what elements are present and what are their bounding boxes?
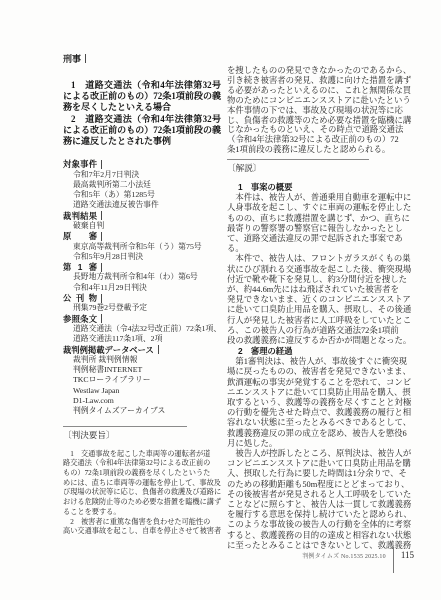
label-divider [101, 232, 102, 241]
case-info-label-row: 参照条文 [63, 314, 221, 324]
case-info-label: 参照条文 [63, 314, 97, 324]
text-line: 月に処した。 [227, 439, 424, 449]
case-info-value: 道路交通法違反被告事件 [63, 200, 221, 210]
headnote-title: 1 道路交通法（令和4年法律第32号による改正前のもの）72条1項前段の義務を尽… [63, 80, 221, 114]
text-line: 本件は、被告人が、普通乗用自動車を運転中に [227, 193, 424, 203]
case-info-values: 裁判所 裁判例情報判例秘書INTERNETTKCローライブラリーWestlaw … [63, 355, 221, 417]
text-line: ものの、直ちに救護措置を講じず、かつ、直ちに [227, 214, 424, 224]
headnote-title: 2 道路交通法（令和4年法律第32号による改正前のもの）72条1項前段の義務に違… [63, 114, 221, 148]
text-line: 1 交通事故を起こした車両等の運転者が道 [63, 450, 221, 460]
label-divider [85, 54, 86, 63]
commentary-section: 1 事案の概要 本件は、被告人が、普通乗用自動車を運転中に人身事故を起こし、すぐ… [227, 182, 424, 346]
right-column: を捜したものの発見できなかったのであるから、 引き続き被害者の発見、救護に向けた… [227, 66, 424, 551]
commentary-heading: 〔解説〕 [227, 163, 424, 174]
text-line: 状にひび割れる交通事故を起こした後、衝突現場 [227, 265, 424, 275]
text-line: 人身事故を起こし、すぐに車両の運転を停止した [227, 203, 424, 213]
case-info-label: 公刊物 [63, 293, 97, 303]
case-info-value: 東京高等裁判所令和5年（う）第75号 [63, 242, 221, 252]
case-info-entry: 裁判結果 破棄自判 [63, 211, 221, 232]
case-info-value: 長野地方裁判所令和4年（わ）第6号 [63, 272, 221, 282]
case-info-value: 令和5年9月28日判決 [63, 252, 221, 262]
case-info-entry: 公刊物 刑集79巻2号登載予定 [63, 293, 221, 314]
text-line: 2 被害者に重篤な傷害を負わせた可能性の [63, 518, 221, 528]
section-label: 刑事 [63, 52, 81, 65]
case-info-value: 道路交通法（令4法32号改正前）72条1項、 [63, 324, 221, 334]
holding-text-continuation: を捜したものの発見できなかったのであるから、 引き続き被害者の発見、救護に向けた… [227, 66, 424, 155]
case-info-values: 長野地方裁判所令和4年（わ）第6号令和4年11月29日判決 [63, 272, 221, 293]
text-line: 取するという、救護等の義務を尽くすことと対極 [227, 398, 424, 408]
case-info-block: 対象事件 令和7年2月7日判決最高裁判所第二小法廷令和5年（あ）第1285号道路… [63, 159, 221, 416]
case-info-values: 刑集79巻2号登載予定 [63, 303, 221, 313]
text-line: ニエンスストアに赴いて口臭防止用品を購入、摂 [227, 388, 424, 398]
text-line: おける危険防止等のため必要な措置を臨機に講ず [63, 498, 221, 508]
case-info-entry: 原審 東京高等裁判所令和5年（う）第75号令和5年9月28日判決 [63, 231, 221, 262]
page-footer: 判例タイムズ No.1535 2025.10 115 [227, 547, 424, 573]
text-line: このような事故後の被告人の行動を全体的に考察 [227, 520, 424, 530]
case-info-value: 道路交通法117条1項、2項 [63, 334, 221, 344]
page-number: 115 [401, 550, 414, 560]
holding-heading: 〔判決要旨〕 [63, 430, 221, 441]
journal-reference: 判例タイムズ No.1535 2025.10 [302, 551, 386, 560]
text-line: 最寄りの警察署の警察官に報告しなかったとし [227, 224, 424, 234]
commentary-section: 2 審理の経過 第1審判決は、被告人が、事故後すぐに衝突現場に戻ったものの、被害… [227, 346, 424, 551]
text-line: を捜したものの発見できなかったのであるから、 [227, 66, 424, 76]
text-line: 行人が発見した被害者に人工呼吸をしていたとこ [227, 316, 424, 326]
text-line: る必要があったといえるのに、これと無関係な買 [227, 86, 424, 96]
text-line: 段の救護義務に違反するか否かが問題となった。 [227, 336, 424, 346]
text-line: に赴いて口臭防止用品を購入、摂取し、その後通 [227, 305, 424, 315]
text-line: の行動を優先させた時点で、救護義務の履行と相 [227, 408, 424, 418]
text-line: を履行する意思を保持し続けていたと認められ、 [227, 510, 424, 520]
case-info-label: 対象事件 [63, 159, 97, 169]
text-line: 路交通法（令和4年法律第32号による改正前の [63, 459, 221, 469]
case-info-entry: 第1審 長野地方裁判所令和4年（わ）第6号令和4年11月29日判決 [63, 262, 221, 293]
case-info-value: 判例秘書INTERNET [63, 365, 221, 375]
case-info-value: 最高裁判所第二小法廷 [63, 180, 221, 190]
case-info-value: 破棄自判 [63, 221, 221, 231]
case-info-label-row: 公刊物 [63, 293, 221, 303]
case-info-values: 令和7年2月7日判決最高裁判所第二小法廷令和5年（あ）第1285号道路交通法違反… [63, 170, 221, 211]
case-info-value: 令和4年11月29日判決 [63, 283, 221, 293]
case-info-values: 道路交通法（令4法32号改正前）72条1項、道路交通法117条1項、2項 [63, 324, 221, 345]
text-line: 第1審判決は、被告人が、事故後すぐに衝突現 [227, 357, 424, 367]
label-divider [101, 211, 102, 220]
text-line: 被告人が控訴したところ、原判決は、被告人が [227, 449, 424, 459]
text-line: じ、負傷者の救護等のため必要な措置を臨機に講 [227, 116, 424, 126]
footer-divider [393, 547, 394, 573]
text-line: もの）72条1項前段の義務を尽くしたというた [63, 469, 221, 479]
commentary-sections: 1 事案の概要 本件は、被告人が、普通乗用自動車を運転中に人身事故を起こし、すぐ… [227, 182, 424, 551]
commentary-section-text: 本件は、被告人が、普通乗用自動車を運転中に人身事故を起こし、すぐに車両の運転を停… [227, 193, 424, 346]
case-info-label: 第1審 [63, 262, 97, 272]
case-info-value: 裁判所 裁判例情報 [63, 355, 221, 365]
text-line: ろ、この被告人の行為が道路交通法72条1項前 [227, 326, 424, 336]
text-line: その後被害者が発見されると人工呼吸をしていた [227, 490, 424, 500]
text-line: が、約44.6m先にはね飛ばされていた被害者を [227, 285, 424, 295]
section-rule [227, 159, 369, 160]
case-info-label-row: 対象事件 [63, 159, 221, 169]
text-line: 入、摂取した行為に要した時間は1分余りで、そ [227, 469, 424, 479]
case-info-entry: 参照条文 道路交通法（令4法32号改正前）72条1項、道路交通法117条1項、2… [63, 314, 221, 345]
text-line: （令和4年法律第32号による改正前のもの）72 [227, 135, 424, 145]
case-info-value: 判例タイムズアーカイブス [63, 406, 221, 416]
text-line: すると、救護義務の目的の達成と相容れない状態 [227, 531, 424, 541]
commentary-section-text: 第1審判決は、被告人が、事故後すぐに衝突現場に戻ったものの、被害者を発見できない… [227, 357, 424, 551]
case-info-label-row: 裁判例掲載データベース [63, 345, 221, 355]
text-line: 救護義務違反の罪の成立を認め、被告人を懲役6 [227, 429, 424, 439]
text-line: 飲酒運転の事実が発覚することを恐れて、コンビ [227, 378, 424, 388]
case-info-entry: 対象事件 令和7年2月7日判決最高裁判所第二小法廷令和5年（あ）第1285号道路… [63, 159, 221, 210]
case-info-value: 刑集79巻2号登載予定 [63, 303, 221, 313]
commentary-subheading: 2 審理の経過 [227, 346, 424, 357]
text-line: び現場の状況等に応じ、負傷者の救護及び道路に [63, 488, 221, 498]
case-info-entry: 裁判例掲載データベース 裁判所 裁判例情報判例秘書INTERNETTKCローライ… [63, 345, 221, 417]
case-info-values: 東京高等裁判所令和5年（う）第75号令和5年9月28日判決 [63, 242, 221, 263]
text-line: ことなどに照らすと、被告人は一貫して救護義務 [227, 500, 424, 510]
label-divider [158, 345, 159, 354]
case-info-value: Westlaw Japan [63, 386, 221, 396]
text-line: じなかったものといえ、その時点で道路交通法 [227, 125, 424, 135]
case-info-label-row: 裁判結果 [63, 211, 221, 221]
section-rule [63, 426, 187, 427]
case-info-label-row: 原審 [63, 231, 221, 241]
text-line: 本件事情の下では、事故及び現場の状況等に応 [227, 106, 424, 116]
text-line: 発見できないまま、近くのコンビニエンスストア [227, 295, 424, 305]
text-line: 場に戻ったものの、被害者を発見できないまま、 [227, 367, 424, 377]
text-line: る。 [227, 244, 424, 254]
label-divider [101, 263, 102, 272]
text-line: 付近で靴や靴下を発見し、約3分間付近を捜した [227, 275, 424, 285]
text-line: めには、直ちに車両等の運転を停止して、事故及 [63, 479, 221, 489]
case-info-value: 令和7年2月7日判決 [63, 170, 221, 180]
case-info-value: 令和5年（あ）第1285号 [63, 190, 221, 200]
case-info-label: 裁判例掲載データベース [63, 345, 154, 355]
label-divider [101, 160, 102, 169]
journal-page: 刑事 1 道路交通法（令和4年法律第32号による改正前のもの）72条1項前段の義… [0, 0, 441, 600]
holding-text: 1 交通事故を起こした車両等の運転者が道 路交通法（令和4年法律第32号による改… [63, 450, 221, 537]
text-line: て、道路交通法違反の罪で起訴された事案であ [227, 234, 424, 244]
label-divider [101, 314, 102, 323]
case-info-value: D1-Law.com [63, 396, 221, 406]
text-line: 引き続き被害者の発見、救護に向けた措置を講ず [227, 76, 424, 86]
text-line: 容れない状態に至ったとみるべきであるとして、 [227, 418, 424, 428]
commentary-subheading: 1 事案の概要 [227, 182, 424, 193]
left-column: 刑事 1 道路交通法（令和4年法律第32号による改正前のもの）72条1項前段の義… [63, 52, 221, 537]
label-divider [101, 294, 102, 303]
text-line: 物のためにコンビニエンスストアに赴いたという [227, 96, 424, 106]
text-line: ることを要する。 [63, 508, 221, 518]
text-line: 条1項前段の義務に違反したと認められる。 [227, 145, 424, 155]
case-info-label: 原審 [63, 231, 97, 241]
case-info-label-row: 第1審 [63, 262, 221, 272]
text-line: 本件で、被告人は、フロントガラスがくもの巣 [227, 254, 424, 264]
section-label-row: 刑事 [63, 52, 221, 65]
text-line: 高い交通事故を起こし、自車を停止させて被害者 [63, 527, 221, 537]
case-info-values: 破棄自判 [63, 221, 221, 231]
case-info-value: TKCローライブラリー [63, 375, 221, 385]
text-line: のための移動距離も50m程度にとどまっており、 [227, 480, 424, 490]
text-line: コンビニエンスストアに赴いて口臭防止用品を購 [227, 459, 424, 469]
case-info-label: 裁判結果 [63, 211, 97, 221]
